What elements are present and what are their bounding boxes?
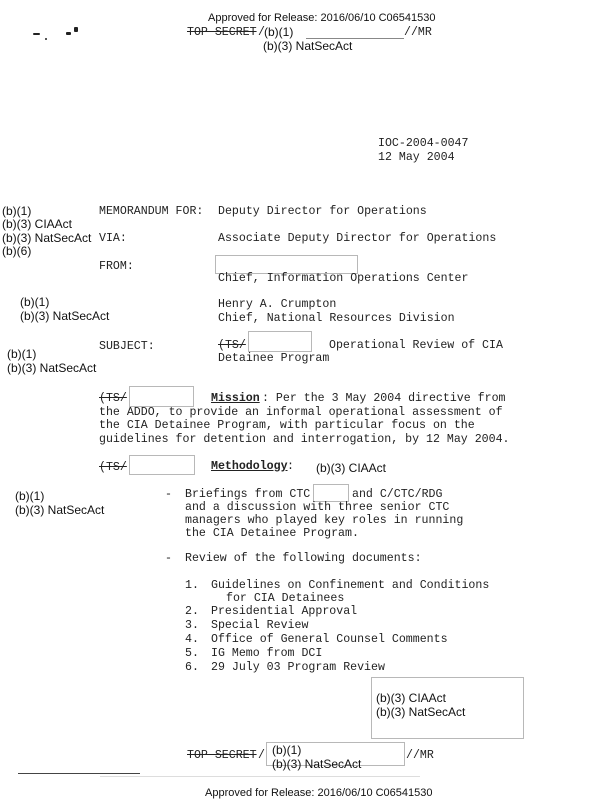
redaction-box (129, 386, 194, 407)
mission-line: guidelines for detention and interrogati… (99, 433, 510, 447)
mission-line: : Per the 3 May 2004 directive from (262, 392, 506, 406)
list-item: 29 July 03 Program Review (211, 661, 385, 675)
bullet2-text: Review of the following documents: (185, 552, 422, 566)
mission-marking: (TS/ (99, 392, 127, 406)
bullet1-line: Briefings from CTC (185, 488, 310, 502)
redaction-code: (b)(3) CIAAct (316, 462, 386, 476)
divider (100, 776, 420, 777)
list-item-number: 3. (185, 619, 199, 633)
list-item-number: 6. (185, 661, 199, 675)
methodology-marking: (TS/ (99, 461, 127, 475)
via-value: Associate Deputy Director for Operations (218, 232, 496, 246)
mission-heading: Mission (211, 392, 260, 406)
mission-line: the CIA Detainee Program, with particula… (99, 419, 475, 433)
redaction-code: (b)(3) NatSecAct (376, 706, 465, 720)
release-stamp-top: Approved for Release: 2016/06/10 C065415… (208, 12, 436, 24)
memo-date: 12 May 2004 (378, 151, 455, 165)
subject-line1: Operational Review of CIA (329, 339, 503, 353)
scan-artifact (33, 33, 40, 35)
methodology-heading: Methodology (211, 460, 288, 474)
memo-number: IOC-2004-0047 (378, 137, 468, 151)
memorandum-for-value: Deputy Director for Operations (218, 205, 427, 219)
list-item: IG Memo from DCI (211, 647, 322, 661)
redaction-code: (b)(1) (15, 490, 44, 504)
list-item: Special Review (211, 619, 308, 633)
release-stamp-bottom: Approved for Release: 2016/06/10 C065415… (205, 787, 433, 799)
bullet-dash: - (165, 488, 172, 502)
methodology-colon: : (287, 460, 294, 474)
bullet-dash: - (165, 552, 172, 566)
redaction-code: (b)(3) NatSecAct (20, 310, 109, 324)
redaction-code: (b)(3) NatSecAct (272, 758, 361, 772)
scan-artifact (66, 32, 71, 35)
redaction-code: (b)(1) (20, 296, 49, 310)
redaction-line (306, 26, 404, 39)
bullet1-line: managers who played key roles in running (185, 514, 463, 528)
redaction-code: (b)(1) (264, 26, 293, 40)
redaction-box (129, 455, 195, 475)
subject-label: SUBJECT: (99, 340, 155, 354)
subject-line2: Detainee Program (218, 352, 329, 366)
redaction-code: (b)(3) NatSecAct (7, 362, 96, 376)
list-item-number: 4. (185, 633, 199, 647)
memorandum-for-label: MEMORANDUM FOR: (99, 205, 203, 219)
list-item: Guidelines on Confinement and Conditions (211, 579, 489, 593)
from-label: FROM: (99, 260, 134, 274)
redaction-box (248, 331, 312, 352)
from2-title: Chief, National Resources Division (218, 312, 455, 326)
redaction-code: (b)(1) (7, 348, 36, 362)
bullet1-line: the CIA Detainee Program. (185, 527, 359, 541)
from-value: Chief, Information Operations Center (218, 272, 468, 286)
mission-line: the ADDO, to provide an informal operati… (99, 406, 503, 420)
classification-suffix: //MR (404, 26, 432, 40)
redaction-code: (b)(3) NatSecAct (263, 40, 352, 54)
divider (18, 773, 140, 774)
classification-sep: / (258, 749, 265, 763)
list-item: Presidential Approval (211, 605, 357, 619)
list-item: Office of General Counsel Comments (211, 633, 448, 647)
list-item-continuation: for CIA Detainees (226, 592, 344, 606)
scan-artifact (74, 27, 78, 32)
redaction-code: (b)(3) NatSecAct (15, 504, 104, 518)
classification-level: TOP SECRET (187, 26, 257, 40)
list-item-number: 2. (185, 605, 199, 619)
subject-marking: (TS/ (218, 339, 246, 353)
redaction-box (313, 484, 349, 502)
scan-artifact (45, 38, 47, 40)
list-item-number: 1. (185, 579, 199, 593)
classification-suffix: //MR (406, 749, 434, 763)
list-item-number: 5. (185, 647, 199, 661)
redaction-code: (b)(1) (272, 744, 301, 758)
redaction-code: (b)(3) CIAAct (2, 218, 72, 232)
redaction-code: (b)(3) CIAAct (376, 692, 446, 706)
bullet1-line: and C/CTC/RDG (352, 488, 442, 502)
from2-name: Henry A. Crumpton (218, 298, 336, 312)
classification-level: TOP SECRET (187, 749, 257, 763)
redaction-code: (b)(6) (2, 245, 31, 259)
via-label: VIA: (99, 232, 127, 246)
bullet1-line: and a discussion with three senior CTC (185, 501, 449, 515)
